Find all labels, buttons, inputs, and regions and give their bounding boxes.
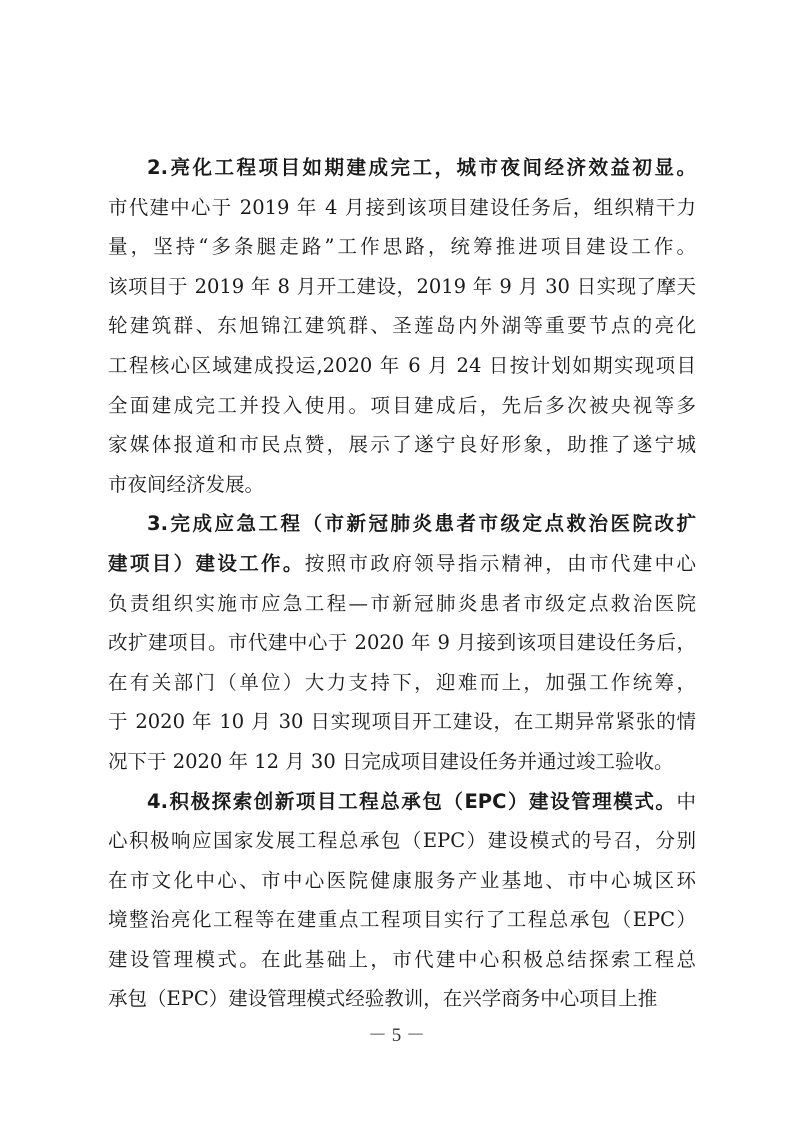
body-text: 家媒体报道和市民点赞，展示了遂宁良好形象，助推了遂宁城 (108, 433, 696, 456)
body-text: 在市文化中心、市中心医院健康服务产业基地、市中心城区环 (108, 869, 696, 892)
text-line: 境整治亮化工程等在建重点工程项目实行了工程总承包（EPC） (108, 900, 696, 940)
text-line: 市夜间经济发展。 (108, 465, 696, 505)
text-line: 在有关部门（单位）大力支持下，迎难而上，加强工作统筹， (108, 663, 696, 703)
body-text: 在有关部门（单位）大力支持下，迎难而上，加强工作统筹， (108, 671, 696, 694)
body-text: 全面建成完工并投入使用。项目建成后，先后多次被央视等多 (108, 394, 696, 417)
bold-heading-text: 2.亮化工程项目如期建成完工，城市夜间经济效益初显。 (147, 156, 696, 179)
bold-heading-text: 3.完成应急工程（市新冠肺炎患者市级定点救治医院改扩 (147, 512, 696, 535)
body-text: 轮建筑群、东旭锦江建筑群、圣莲岛内外湖等重要节点的亮化 (108, 314, 696, 337)
body-text: 心积极响应国家发展工程总承包（EPC）建设模式的号召，分别 (108, 829, 696, 852)
body-text: 负责组织实施市应急工程—市新冠肺炎患者市级定点救治医院 (108, 592, 696, 615)
text-line: 改扩建项目。市代建中心于 2020 年 9 月接到该项目建设任务后， (108, 623, 696, 663)
text-line: 全面建成完工并投入使用。项目建成后，先后多次被央视等多 (108, 386, 696, 426)
page-number: － 5 － (0, 1020, 793, 1047)
paragraph-heading-line: 2.亮化工程项目如期建成完工，城市夜间经济效益初显。 (108, 148, 696, 188)
body-text: 量，坚持“多条腿走路”工作思路，统筹推进项目建设工作。 (108, 235, 696, 258)
bold-heading-text: 建项目）建设工作。 (108, 552, 305, 575)
text-line: 市代建中心于 2019 年 4 月接到该项目建设任务后，组织精干力 (108, 188, 696, 228)
paragraph-section-2: 2.亮化工程项目如期建成完工，城市夜间经济效益初显。市代建中心于 2019 年 … (108, 148, 696, 504)
body-text: 工程核心区域建成投运,2020 年 6 月 24 日按计划如期实现项目 (108, 354, 696, 377)
text-line: 家媒体报道和市民点赞，展示了遂宁良好形象，助推了遂宁城 (108, 425, 696, 465)
body-text: 市夜间经济发展。 (108, 473, 264, 496)
text-line: 建设管理模式。在此基础上，市代建中心积极总结探索工程总 (108, 940, 696, 980)
text-line: 心积极响应国家发展工程总承包（EPC）建设模式的号召，分别 (108, 821, 696, 861)
body-text: 按照市政府领导指示精神，由市代建中心 (305, 552, 696, 575)
body-text: 该项目于 2019 年 8 月开工建设，2019 年 9 月 30 日实现了摩天 (108, 275, 696, 298)
text-line: 在市文化中心、市中心医院健康服务产业基地、市中心城区环 (108, 861, 696, 901)
text-line: 该项目于 2019 年 8 月开工建设，2019 年 9 月 30 日实现了摩天 (108, 267, 696, 307)
body-text: 改扩建项目。市代建中心于 2020 年 9 月接到该项目建设任务后， (108, 631, 696, 654)
text-line: 工程核心区域建成投运,2020 年 6 月 24 日按计划如期实现项目 (108, 346, 696, 386)
text-line: 况下于 2020 年 12 月 30 日完成项目建设任务并通过竣工验收。 (108, 742, 696, 782)
body-text: 建设管理模式。在此基础上，市代建中心积极总结探索工程总 (108, 948, 696, 971)
body-text: 中 (676, 790, 696, 813)
bold-heading-text: 4.积极探索创新项目工程总承包（EPC）建设管理模式。 (147, 790, 676, 813)
text-line: 负责组织实施市应急工程—市新冠肺炎患者市级定点救治医院 (108, 584, 696, 624)
body-text: 市代建中心于 2019 年 4 月接到该项目建设任务后，组织精干力 (108, 196, 696, 219)
document-body: 2.亮化工程项目如期建成完工，城市夜间经济效益初显。市代建中心于 2019 年 … (108, 148, 696, 1019)
text-line: 量，坚持“多条腿走路”工作思路，统筹推进项目建设工作。 (108, 227, 696, 267)
text-line: 轮建筑群、东旭锦江建筑群、圣莲岛内外湖等重要节点的亮化 (108, 306, 696, 346)
body-text: 承包（EPC）建设管理模式经验教训，在兴学商务中心项目上推 (108, 987, 657, 1010)
paragraph-heading-line: 4.积极探索创新项目工程总承包（EPC）建设管理模式。中 (108, 782, 696, 822)
text-line: 于 2020 年 10 月 30 日实现项目开工建设，在工期异常紧张的情 (108, 702, 696, 742)
body-text: 境整治亮化工程等在建重点工程项目实行了工程总承包（EPC） (108, 908, 696, 931)
paragraph-section-4: 4.积极探索创新项目工程总承包（EPC）建设管理模式。中心积极响应国家发展工程总… (108, 782, 696, 1020)
text-line: 承包（EPC）建设管理模式经验教训，在兴学商务中心项目上推 (108, 979, 696, 1019)
paragraph-heading-line: 3.完成应急工程（市新冠肺炎患者市级定点救治医院改扩 (108, 504, 696, 544)
body-text: 于 2020 年 10 月 30 日实现项目开工建设，在工期异常紧张的情 (108, 710, 696, 733)
paragraph-section-3: 3.完成应急工程（市新冠肺炎患者市级定点救治医院改扩建项目）建设工作。按照市政府… (108, 504, 696, 781)
text-line: 建项目）建设工作。按照市政府领导指示精神，由市代建中心 (108, 544, 696, 584)
body-text: 况下于 2020 年 12 月 30 日完成项目建设任务并通过竣工验收。 (108, 750, 673, 773)
